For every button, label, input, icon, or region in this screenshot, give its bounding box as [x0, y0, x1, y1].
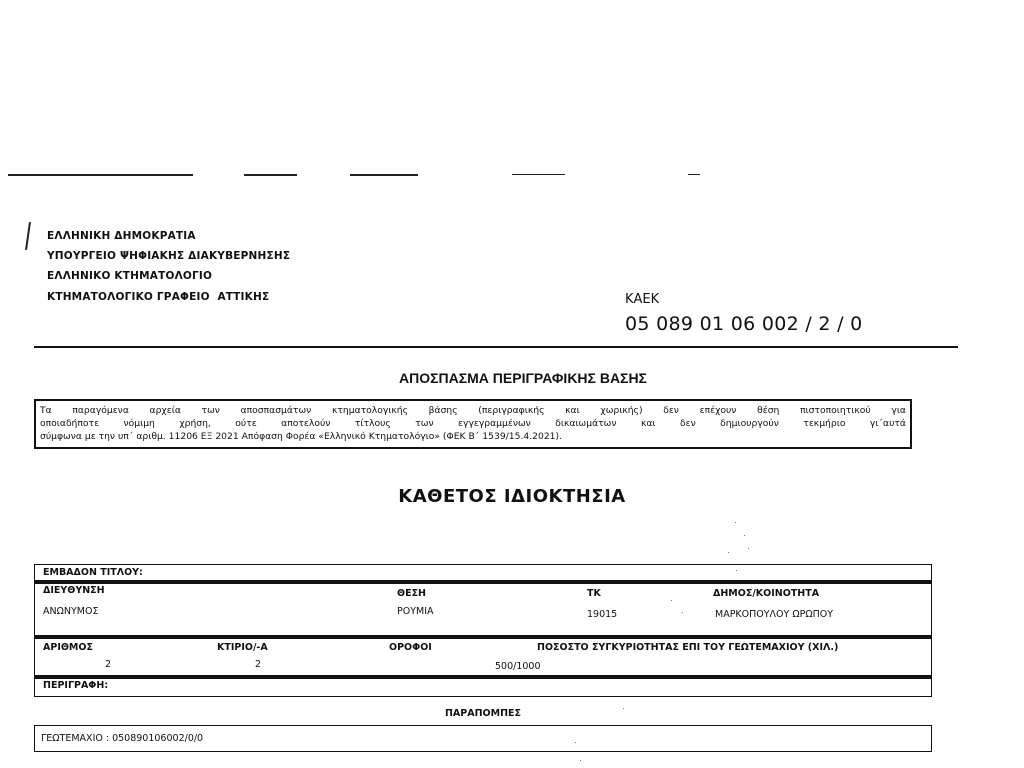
scan-speck — [744, 535, 745, 536]
address-label: ΔΙΕΥΘΥΝΣΗ — [43, 585, 105, 596]
number-label: ΑΡΙΘΜΟΣ — [43, 642, 93, 653]
section-title: ΚΑΘΕΤΟΣ ΙΔΙΟΚΤΗΣΙΑ — [0, 486, 1024, 507]
scan-speck — [748, 548, 749, 549]
disclaimer-line: οποιαδήποτε νόμιμη χρήση, ούτε αποτελούν… — [40, 417, 906, 430]
scan-speck — [728, 552, 729, 553]
scan-speck — [682, 612, 683, 613]
pen-mark — [25, 222, 31, 250]
document-title: ΑΠΟΣΠΑΣΜΑ ΠΕΡΙΓΡΑΦΙΚΗΣ ΒΑΣΗΣ — [0, 370, 1024, 386]
description-row: ΠΕΡΙΓΡΑΦΗ: — [34, 678, 932, 697]
reference-item: ΓΕΩΤΕΜΑΧΙΟ : 050890106002/0/0 — [41, 733, 203, 744]
scan-speck — [735, 522, 736, 523]
header-line-ministry: ΥΠΟΥΡΓΕΙΟ ΨΗΦΙΑΚΗΣ ΔΙΑΚΥΒΕΡΝΗΣΗΣ — [47, 250, 290, 262]
disclaimer-line: σύμφωνα με την υπ΄ αριθμ. 11206 ΕΞ 2021 … — [40, 430, 906, 443]
municipality-label: ΔΗΜΟΣ/ΚΟΙΝΟΤΗΤΑ — [713, 588, 819, 599]
scan-artifact-line — [8, 174, 193, 176]
location-value: ΡΟΥΜΙΑ — [397, 606, 434, 617]
scan-speck — [736, 570, 737, 571]
postal-code-label: ΤΚ — [587, 588, 601, 599]
title-area-row: ΕΜΒΑΔΟΝ ΤΙΤΛΟΥ: — [34, 564, 932, 581]
location-label: ΘΕΣΗ — [397, 588, 426, 599]
kaek-value: 05 089 01 06 002 / 2 / 0 — [625, 313, 863, 335]
scan-artifact-line — [350, 174, 418, 176]
building-value: 2 — [255, 659, 261, 670]
header-line-republic: ΕΛΛΗΝΙΚΗ ΔΗΜΟΚΡΑΤΙΑ — [47, 230, 196, 242]
references-title: ΠΑΡΑΠΟΜΠΕΣ — [0, 708, 966, 719]
kaek-label: ΚΑΕΚ — [625, 292, 659, 307]
disclaimer-box: Τα παραγόμενα αρχεία των αποσπασμάτων κτ… — [34, 399, 912, 449]
municipality-value: ΜΑΡΚΟΠΟΥΛΟΥ ΩΡΩΠΟΥ — [715, 609, 833, 620]
number-value: 2 — [105, 659, 111, 670]
share-value: 500/1000 — [495, 661, 541, 672]
scan-artifact-line — [244, 174, 297, 176]
address-row: ΔΙΕΥΘΥΝΣΗ ΑΝΩΝΥΜΟΣ ΘΕΣΗ ΡΟΥΜΙΑ ΤΚ 19015 … — [34, 583, 932, 636]
header-line-office: ΚΤΗΜΑΤΟΛΟΓΙΚΟ ΓΡΑΦΕΙΟ ΑΤΤΙΚΗΣ — [47, 291, 269, 303]
title-area-label: ΕΜΒΑΔΟΝ ΤΙΤΛΟΥ: — [43, 567, 143, 578]
scan-artifact-line — [688, 174, 700, 175]
disclaimer-line: Τα παραγόμενα αρχεία των αποσπασμάτων κτ… — [40, 404, 906, 417]
details-row: ΑΡΙΘΜΟΣ 2 ΚΤΙΡΙΟ/-Α 2 ΟΡΟΦΟΙ ΠΟΣΟΣΤΟ ΣΥΓ… — [34, 638, 932, 676]
scan-speck — [575, 742, 576, 743]
address-value: ΑΝΩΝΥΜΟΣ — [43, 606, 98, 617]
building-label: ΚΤΙΡΙΟ/-Α — [217, 642, 268, 653]
header-line-cadastre: ΕΛΛΗΝΙΚΟ ΚΤΗΜΑΤΟΛΟΓΙΟ — [47, 270, 212, 282]
share-label: ΠΟΣΟΣΤΟ ΣΥΓΚΥΡΙΟΤΗΤΑΣ ΕΠΙ ΤΟΥ ΓΕΩΤΕΜΑΧΙΟ… — [537, 642, 838, 653]
floors-label: ΟΡΟΦΟΙ — [389, 642, 432, 653]
scan-speck — [671, 600, 672, 601]
references-box: ΓΕΩΤΕΜΑΧΙΟ : 050890106002/0/0 — [34, 725, 932, 752]
header-divider — [34, 346, 958, 348]
scan-artifact-line — [512, 174, 565, 175]
scan-speck — [580, 760, 581, 761]
description-label: ΠΕΡΙΓΡΑΦΗ: — [43, 680, 108, 691]
postal-code-value: 19015 — [587, 609, 617, 620]
scan-speck — [623, 708, 624, 709]
